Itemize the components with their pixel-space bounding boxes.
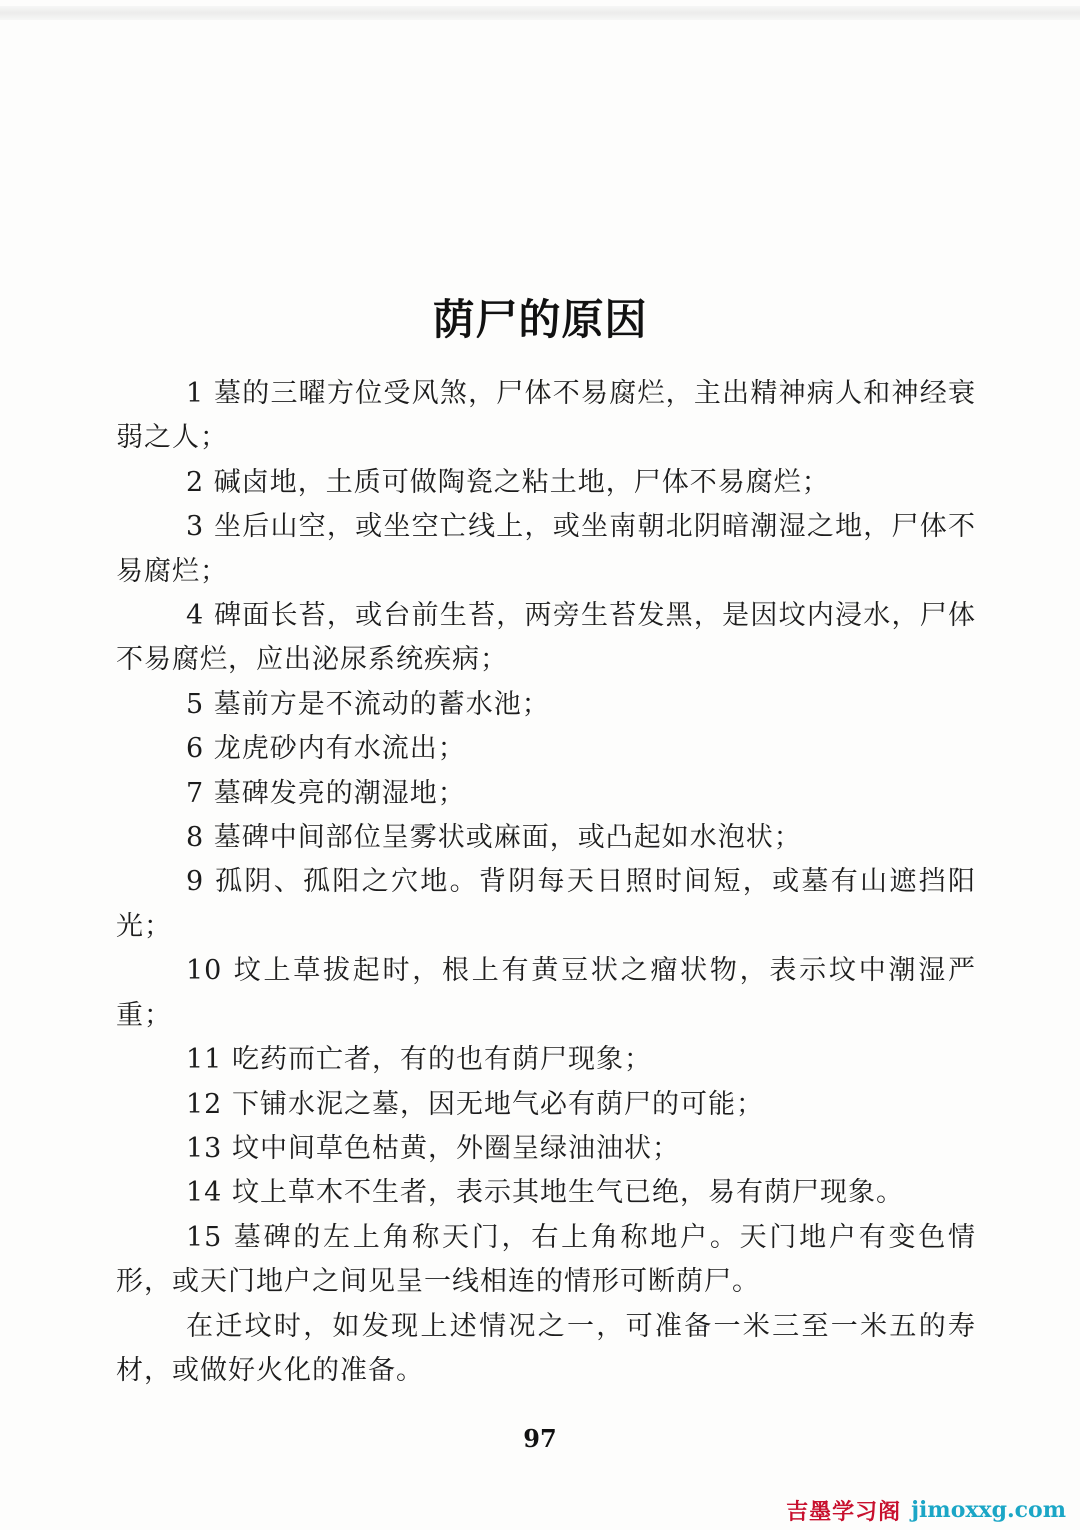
paragraph-11: 11 吃药而亡者，有的也有荫尸现象；: [116, 1038, 976, 1082]
paragraph-3: 3 坐后山空，或坐空亡线上，或坐南朝北阴暗潮湿之地，尸体不易腐烂；: [116, 505, 976, 594]
paragraph-8: 8 墓碑中间部位呈雾状或麻面，或凸起如水泡状；: [116, 816, 976, 860]
document-body: 1 墓的三曜方位受风煞，尸体不易腐烂，主出精神病人和神经衰弱之人； 2 碱卤地，…: [116, 372, 976, 1393]
paragraph-7: 7 墓碑发亮的潮湿地；: [116, 772, 976, 816]
paragraph-5: 5 墓前方是不流动的蓄水池；: [116, 683, 976, 727]
watermark-domain: jimoxxg.com: [911, 1497, 1066, 1523]
paragraph-10: 10 坟上草拔起时，根上有黄豆状之瘤状物，表示坟中潮湿严重；: [116, 949, 976, 1038]
scan-top-band: [0, 6, 1080, 20]
paragraph-12: 12 下铺水泥之墓，因无地气必有荫尸的可能；: [116, 1083, 976, 1127]
paragraph-1: 1 墓的三曜方位受风煞，尸体不易腐烂，主出精神病人和神经衰弱之人；: [116, 372, 976, 461]
watermark: 吉墨学习阁 jimoxxg.com: [786, 1494, 1066, 1526]
paragraph-6: 6 龙虎砂内有水流出；: [116, 727, 976, 771]
paragraph-13: 13 坟中间草色枯黄，外圈呈绿油油状；: [116, 1127, 976, 1171]
paragraph-15: 15 墓碑的左上角称天门，右上角称地户。天门地户有变色情形，或天门地户之间见呈一…: [116, 1216, 976, 1305]
paragraph-9: 9 孤阴、孤阳之穴地。背阴每天日照时间短，或墓有山遮挡阳光；: [116, 860, 976, 949]
paragraph-conclusion: 在迁坟时，如发现上述情况之一，可准备一米三至一米五的寿材，或做好火化的准备。: [116, 1305, 976, 1394]
watermark-chinese: 吉墨学习阁: [786, 1495, 901, 1526]
paragraph-14: 14 坟上草木不生者，表示其地生气已绝，易有荫尸现象。: [116, 1171, 976, 1215]
paragraph-4: 4 碑面长苔，或台前生苔，两旁生苔发黑，是因坟内浸水，尸体不易腐烂，应出泌尿系统…: [116, 594, 976, 683]
page-title: 荫尸的原因: [0, 290, 1080, 350]
page-number: 97: [0, 1424, 1080, 1453]
paragraph-2: 2 碱卤地，土质可做陶瓷之粘土地，尸体不易腐烂；: [116, 461, 976, 505]
